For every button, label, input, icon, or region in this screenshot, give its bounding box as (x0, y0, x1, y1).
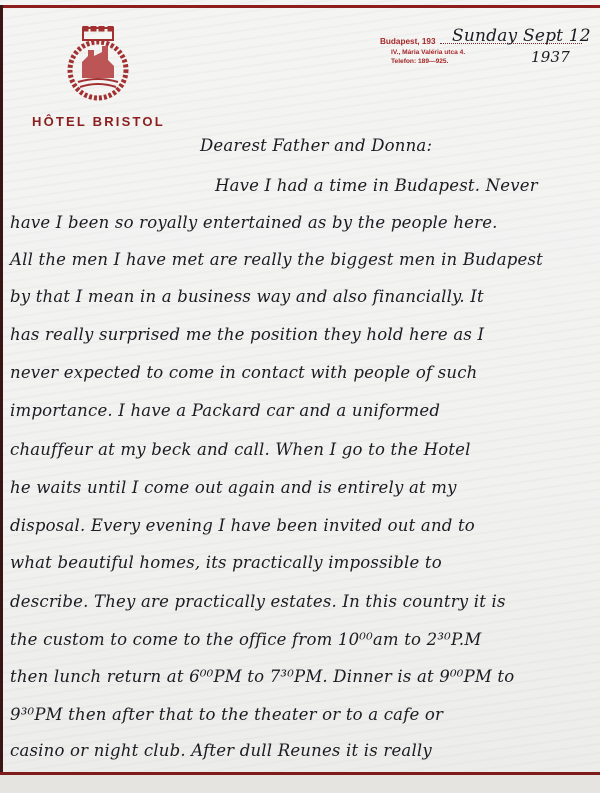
letter-line: what beautiful homes, its practically im… (10, 553, 442, 572)
castle-crest-icon (66, 26, 130, 102)
hotel-name: HÔTEL BRISTOL (32, 114, 165, 129)
border-left (0, 5, 3, 775)
letter-line: chauffeur at my beck and call. When I go… (10, 440, 471, 459)
letter-line: have I been so royally entertained as by… (10, 213, 498, 232)
letter-line: 9³⁰PM then after that to the theater or … (10, 705, 443, 724)
letter-page: HÔTEL BRISTOL Budapest, 193 IV., Mária V… (0, 0, 600, 793)
letter-line: disposal. Every evening I have been invi… (10, 516, 475, 535)
date-day: Sunday Sept 12 (452, 26, 591, 46)
letter-line: the custom to come to the office from 10… (10, 630, 481, 649)
letterhead-city: Budapest, 193 (380, 37, 436, 46)
letter-line: he waits until I come out again and is e… (10, 478, 457, 497)
letter-line: describe. They are practically estates. … (10, 592, 506, 611)
letterhead-street: IV., Mária Valéria utca 4. (391, 49, 465, 56)
letter-line: All the men I have met are really the bi… (10, 250, 543, 269)
letter-line: Have I had a time in Budapest. Never (215, 176, 538, 195)
letter-line: importance. I have a Packard car and a u… (10, 401, 440, 420)
letter-line: never expected to come in contact with p… (10, 363, 477, 382)
letter-line: then lunch return at 6⁰⁰PM to 7³⁰PM. Din… (10, 667, 514, 686)
letter-line: by that I mean in a business way and als… (10, 287, 484, 306)
salutation: Dearest Father and Donna: (200, 136, 432, 155)
date-year: 1937 (531, 48, 570, 66)
letter-line: casino or night club. After dull Reunes … (10, 741, 432, 760)
border-top (0, 5, 600, 8)
letter-line: has really surprised me the position the… (10, 325, 484, 344)
page-edge (0, 775, 600, 793)
letterhead-phone: Telefon: 189—925. (391, 58, 448, 65)
